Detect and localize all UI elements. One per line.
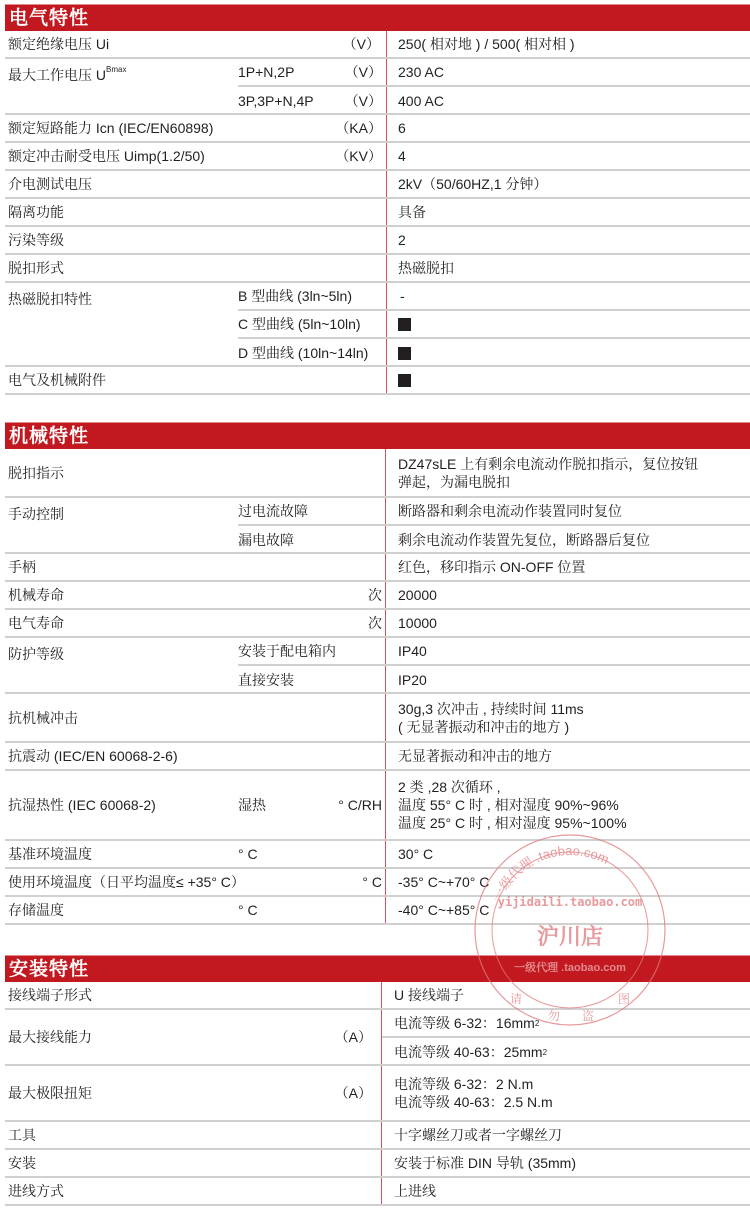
- row-unit: 次: [5, 610, 382, 636]
- sub-row: 电流等级 6-32：16mm2: [382, 1010, 750, 1038]
- table-row: 抗湿热性 (IEC 60068-2) 湿热 ° C/RH 2 类 ,28 次循环…: [5, 771, 750, 841]
- section-installation: 安装特性 接线端子形式 U 接线端子 最大接线能力 （A） 电流等级 6-32：…: [5, 955, 750, 1206]
- row-label: 抗震动 (IEC/EN 60068-2-6): [8, 743, 178, 769]
- table-row: 额定绝缘电压 Ui （V） 250( 相对地 ) / 500( 相对相 ): [5, 31, 750, 59]
- row-sublabel: ° C: [238, 897, 258, 923]
- row-value: 2: [398, 227, 406, 253]
- row-value: 230 AC: [398, 59, 444, 85]
- row-label: 安装: [8, 1150, 36, 1176]
- row-value: 30g,3 次冲击 , 持续时间 11ms ( 无显著振动和冲击的地方 ): [398, 694, 584, 741]
- row-unit: （KA）: [5, 115, 382, 141]
- spec-table: 接线端子形式 U 接线端子 最大接线能力 （A） 电流等级 6-32：16mm2…: [5, 982, 750, 1206]
- row-label: 进线方式: [8, 1178, 64, 1204]
- row-unit: （A）: [5, 1066, 372, 1120]
- table-row: 抗机械冲击 30g,3 次冲击 , 持续时间 11ms ( 无显著振动和冲击的地…: [5, 694, 750, 743]
- row-value: 具备: [398, 199, 426, 225]
- table-row: 防护等级 安装于配电箱内 IP40 直接安装 IP20: [5, 638, 750, 694]
- section-title: 机械特性: [5, 422, 750, 449]
- table-row: 额定短路能力 Icn (IEC/EN60898) （KA） 6: [5, 115, 750, 143]
- row-label: 基准环境温度: [8, 841, 92, 867]
- row-value: 400 AC: [398, 87, 444, 115]
- row-value: 热磁脱扣: [398, 255, 454, 281]
- section-mechanical: 机械特性 脱扣指示 DZ47sLE 上有剩余电流动作脱扣指示，复位按钮 弹起，为…: [5, 422, 750, 925]
- table-row: 隔离功能 具备: [5, 199, 750, 227]
- table-row: 使用环境温度（日平均温度≤ +35° C） ° C -35° C~+70° C: [5, 869, 750, 897]
- table-row: 介电测试电压 2kV（50/60HZ,1 分钟）: [5, 171, 750, 199]
- sub-row: D 型曲线 (10ln~14ln): [238, 339, 750, 367]
- row-value: -: [400, 283, 405, 309]
- table-row: 进线方式 上进线: [5, 1178, 750, 1206]
- row-value: 电流等级 6-32：16mm2: [394, 1010, 539, 1036]
- row-value: 电流等级 6-32：2 N.m 电流等级 40-63：2.5 N.m: [394, 1066, 553, 1120]
- row-label: 防护等级: [8, 638, 64, 692]
- row-unit: （V）: [343, 31, 380, 57]
- row-label: 热磁脱扣特性: [8, 283, 92, 365]
- row-unit: （A）: [5, 1010, 372, 1064]
- table-row: 手柄 红色，移印指示 ON-OFF 位置: [5, 554, 750, 582]
- table-row: 额定冲击耐受电压 Uimp(1.2/50) （KV） 4: [5, 143, 750, 171]
- row-value: 250( 相对地 ) / 500( 相对相 ): [398, 31, 575, 57]
- row-label: 额定绝缘电压 Ui: [8, 31, 109, 57]
- row-value: 2kV（50/60HZ,1 分钟）: [398, 171, 547, 197]
- spec-table: 脱扣指示 DZ47sLE 上有剩余电流动作脱扣指示，复位按钮 弹起，为漏电脱扣 …: [5, 449, 750, 925]
- row-value: 十字螺丝刀或者一字螺丝刀: [394, 1122, 562, 1148]
- row-value: -40° C~+85° C: [398, 897, 489, 923]
- row-sublabel: C 型曲线 (5ln~10ln): [238, 311, 361, 337]
- section-title: 安装特性: [5, 955, 750, 982]
- row-label: 脱扣指示: [8, 449, 64, 496]
- table-row: 电气寿命 次 10000: [5, 610, 750, 638]
- sub-row: 直接安装 IP20: [238, 666, 750, 694]
- row-value: 无显著振动和冲击的地方: [398, 743, 552, 769]
- row-sublabel: B 型曲线 (3ln~5ln): [238, 283, 352, 309]
- sub-row: 电流等级 40-63：25mm2: [382, 1038, 750, 1066]
- table-row: 污染等级 2: [5, 227, 750, 255]
- row-value: IP40: [398, 638, 427, 664]
- row-unit: （V）: [238, 87, 382, 115]
- row-sublabel: 安装于配电箱内: [238, 638, 336, 664]
- sub-row: C 型曲线 (5ln~10ln): [238, 311, 750, 339]
- row-value: U 接线端子: [394, 982, 464, 1008]
- row-label: 手柄: [8, 554, 36, 580]
- row-sublabel: 漏电故障: [238, 526, 294, 554]
- sub-row: 安装于配电箱内 IP40: [238, 638, 750, 666]
- row-label: 污染等级: [8, 227, 64, 253]
- row-value: 6: [398, 115, 406, 141]
- table-row: 抗震动 (IEC/EN 60068-2-6) 无显著振动和冲击的地方: [5, 743, 750, 771]
- table-row: 最大接线能力 （A） 电流等级 6-32：16mm2 电流等级 40-63：25…: [5, 1010, 750, 1066]
- filled-square-icon: [398, 367, 411, 393]
- row-label: 电气及机械附件: [8, 367, 106, 393]
- table-row: 机械寿命 次 20000: [5, 582, 750, 610]
- row-sublabel: D 型曲线 (10ln~14ln): [238, 339, 368, 367]
- row-label: 脱扣形式: [8, 255, 64, 281]
- row-value: 安装于标准 DIN 导轨 (35mm): [394, 1150, 576, 1176]
- row-value: 4: [398, 143, 406, 169]
- section-electrical: 电气特性 额定绝缘电压 Ui （V） 250( 相对地 ) / 500( 相对相…: [5, 4, 750, 395]
- row-sublabel: ° C: [238, 841, 258, 867]
- table-row: 基准环境温度 ° C 30° C: [5, 841, 750, 869]
- row-unit: 次: [5, 582, 382, 608]
- table-row: 电气及机械附件: [5, 367, 750, 395]
- row-label: 最大工作电压 UBmax: [8, 59, 126, 113]
- sub-row: 过电流故障 断路器和剩余电流动作装置同时复位: [238, 498, 750, 526]
- sub-row: 漏电故障 剩余电流动作装置先复位，断路器后复位: [238, 526, 750, 554]
- sub-row: 1P+N,2P （V） 230 AC: [238, 59, 750, 87]
- row-value: 断路器和剩余电流动作装置同时复位: [398, 498, 622, 524]
- row-value: 30° C: [398, 841, 433, 867]
- sub-row: 3P,3P+N,4P （V） 400 AC: [238, 87, 750, 115]
- row-label: 隔离功能: [8, 199, 64, 225]
- row-unit: （V）: [238, 59, 382, 85]
- row-unit: ° C: [5, 869, 382, 895]
- row-label: 接线端子形式: [8, 982, 92, 1008]
- filled-square-icon: [398, 311, 411, 337]
- row-value: DZ47sLE 上有剩余电流动作脱扣指示，复位按钮 弹起，为漏电脱扣: [398, 449, 698, 496]
- table-row: 安装 安装于标准 DIN 导轨 (35mm): [5, 1150, 750, 1178]
- table-row: 工具 十字螺丝刀或者一字螺丝刀: [5, 1122, 750, 1150]
- table-row: 脱扣指示 DZ47sLE 上有剩余电流动作脱扣指示，复位按钮 弹起，为漏电脱扣: [5, 449, 750, 498]
- watermark-shop: 沪川店: [537, 924, 603, 950]
- row-value: 20000: [398, 582, 437, 608]
- table-row: 接线端子形式 U 接线端子: [5, 982, 750, 1010]
- row-unit: ° C/RH: [5, 771, 382, 839]
- table-row: 存储温度 ° C -40° C~+85° C: [5, 897, 750, 925]
- row-label: 工具: [8, 1122, 36, 1148]
- section-title: 电气特性: [5, 4, 750, 31]
- row-sublabel: 直接安装: [238, 666, 294, 694]
- row-label: 抗机械冲击: [8, 694, 78, 741]
- row-value: -35° C~+70° C: [398, 869, 489, 895]
- row-unit: （KV）: [5, 143, 382, 169]
- row-value: 2 类 ,28 次循环 , 温度 55° C 时 , 相对湿度 90%~96% …: [398, 771, 627, 839]
- row-label: 介电测试电压: [8, 171, 92, 197]
- row-value: 10000: [398, 610, 437, 636]
- row-value: IP20: [398, 666, 427, 694]
- spec-table: 额定绝缘电压 Ui （V） 250( 相对地 ) / 500( 相对相 ) 最大…: [5, 31, 750, 395]
- table-row: 最大极限扭矩 （A） 电流等级 6-32：2 N.m 电流等级 40-63：2.…: [5, 1066, 750, 1122]
- row-sublabel: 过电流故障: [238, 498, 308, 524]
- sub-row: B 型曲线 (3ln~5ln) -: [238, 283, 750, 311]
- table-row: 最大工作电压 UBmax 1P+N,2P （V） 230 AC 3P,3P+N,…: [5, 59, 750, 115]
- row-value: 剩余电流动作装置先复位，断路器后复位: [398, 526, 650, 554]
- table-row: 脱扣形式 热磁脱扣: [5, 255, 750, 283]
- row-value: 上进线: [394, 1178, 436, 1204]
- filled-square-icon: [398, 339, 411, 367]
- row-value: 红色，移印指示 ON-OFF 位置: [398, 554, 585, 580]
- row-value: 电流等级 40-63：25mm2: [394, 1038, 547, 1066]
- table-row: 热磁脱扣特性 B 型曲线 (3ln~5ln) - C 型曲线 (5ln~10ln…: [5, 283, 750, 367]
- row-label: 手动控制: [8, 498, 64, 552]
- row-label: 存储温度: [8, 897, 64, 923]
- table-row: 手动控制 过电流故障 断路器和剩余电流动作装置同时复位 漏电故障 剩余电流动作装…: [5, 498, 750, 554]
